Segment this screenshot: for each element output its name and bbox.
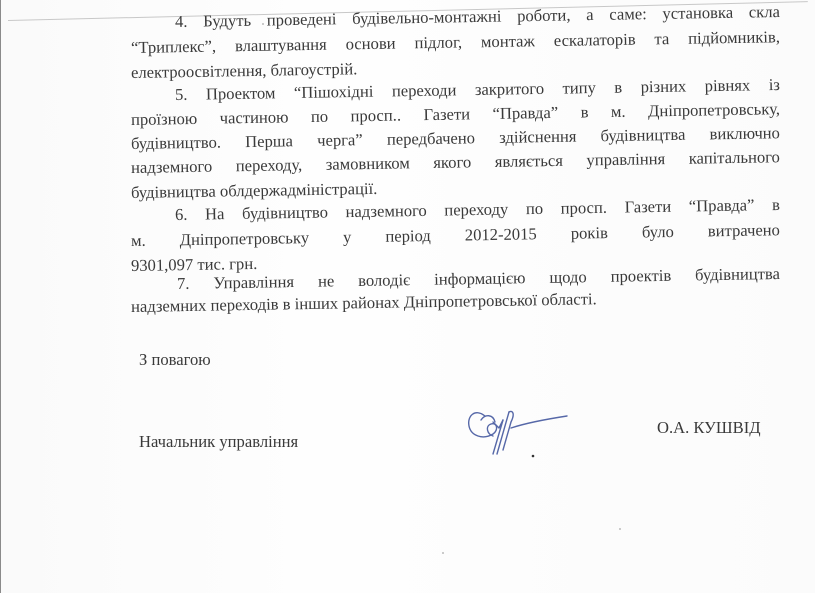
paragraph-5-line-5: будівництва облдержадміністрації. (131, 179, 378, 203)
scan-edge (0, 0, 1, 593)
paragraph-4-line-1: 4. Будуть проведені будівельно-монтажні … (175, 2, 780, 32)
paragraph-4-line-2: “Триплекс”, влаштування основи підлог, м… (131, 27, 780, 58)
paragraph-4-line-3: електроосвітлення, благоустрій. (131, 59, 358, 83)
scanned-document-page: 4. Будуть проведені будівельно-монтажні … (0, 0, 815, 593)
signatory-title: Начальник управління (139, 432, 298, 452)
scan-speck (442, 552, 444, 554)
closing-salutation: З повагою (139, 350, 211, 370)
signature-icon (463, 398, 583, 464)
scan-speck (619, 528, 621, 530)
paragraph-6-line-2: м. Дніпропетровську у період 2012-2015 р… (131, 220, 780, 251)
paragraph-7-line-1: 7. Управління не володіє інформацією щод… (177, 264, 780, 294)
signatory-name: О.А. КУШВІД (657, 418, 761, 438)
scan-speck (262, 23, 264, 25)
